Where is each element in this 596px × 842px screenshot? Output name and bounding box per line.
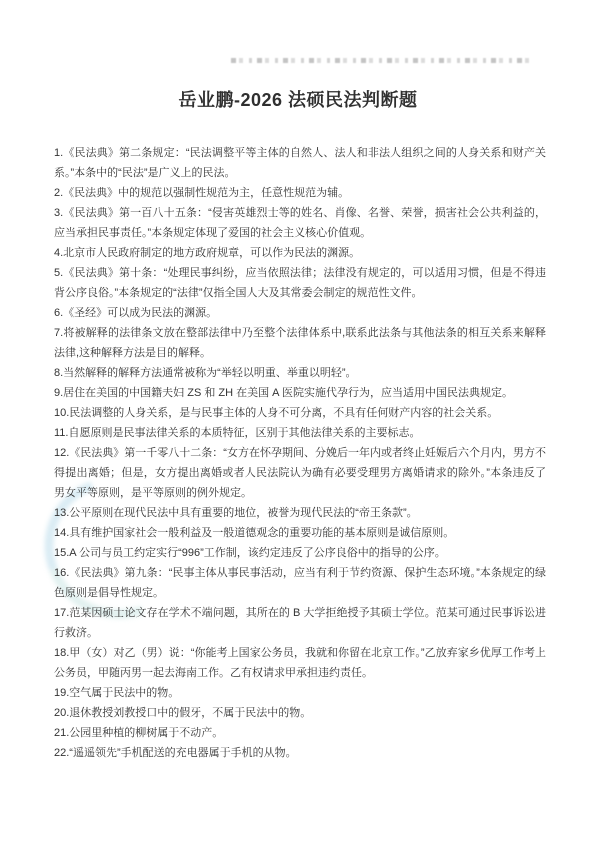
question-item: 9.居住在美国的中国籍夫妇 ZS 和 ZH 在美国 A 医院实施代孕行为，应当适… — [54, 383, 546, 403]
question-item: 21.公园里种植的柳树属于不动产。 — [54, 723, 546, 743]
question-item: 4.北京市人民政府制定的地方政府规章，可以作为民法的渊源。 — [54, 243, 546, 263]
clipped-header-text-artifact — [231, 58, 534, 63]
question-item: 12.《民法典》第一千零八十二条：“女方在怀孕期间、分娩后一年内或者终止妊娠后六… — [54, 443, 546, 503]
question-item: 20.退休教授刘教授口中的假牙，不属于民法中的物。 — [54, 703, 546, 723]
question-item: 18.甲（女）对乙（男）说：“你能考上国家公务员，我就和你留在北京工作。”乙放弃… — [54, 643, 546, 683]
question-list: 1.《民法典》第二条规定：“民法调整平等主体的自然人、法人和非法人组织之间的人身… — [54, 143, 546, 763]
question-item: 16.《民法典》第九条：“民事主体从事民事活动，应当有利于节约资源、保护生态环境… — [54, 563, 546, 603]
question-item: 11.自愿原则是民事法律关系的本质特征，区别于其他法律关系的主要标志。 — [54, 423, 546, 443]
question-item: 10.民法调整的人身关系，是与民事主体的人身不可分离，不具有任何财产内容的社会关… — [54, 403, 546, 423]
question-item: 7.将被解释的法律条文放在整部法律中乃至整个法律体系中,联系此法条与其他法条的相… — [54, 323, 546, 363]
question-item: 22.“遥遥领先”手机配送的充电器属于手机的从物。 — [54, 743, 546, 763]
question-item: 14.具有维护国家社会一般利益及一般道德观念的重要功能的基本原则是诚信原则。 — [54, 523, 546, 543]
question-item: 2.《民法典》中的规范以强制性规范为主，任意性规范为辅。 — [54, 183, 546, 203]
question-item: 15.A 公司与员工约定实行“996”工作制，该约定违反了公序良俗中的指导的公序… — [54, 543, 546, 563]
question-item: 19.空气属于民法中的物。 — [54, 683, 546, 703]
question-item: 3.《民法典》第一百八十五条：“侵害英雄烈士等的姓名、肖像、名誉、荣誉，损害社会… — [54, 203, 546, 243]
question-item: 13.公平原则在现代民法中具有重要的地位，被誉为现代民法的“帝王条款”。 — [54, 503, 546, 523]
question-item: 17.范某因硕士论文存在学术不端问题，其所在的 B 大学拒绝授予其硕士学位。范某… — [54, 603, 546, 643]
page-title: 岳业鹏-2026 法硕民法判断题 — [0, 88, 596, 112]
document-page: 岳业鹏-2026 法硕民法判断题 1.《民法典》第二条规定：“民法调整平等主体的… — [0, 0, 596, 842]
question-item: 5.《民法典》第十条：“处理民事纠纷，应当依照法律；法律没有规定的，可以适用习惯… — [54, 263, 546, 303]
question-item: 6.《圣经》可以成为民法的渊源。 — [54, 303, 546, 323]
question-item: 8.当然解释的解释方法通常被称为“举轻以明重、举重以明轻”。 — [54, 363, 546, 383]
question-item: 1.《民法典》第二条规定：“民法调整平等主体的自然人、法人和非法人组织之间的人身… — [54, 143, 546, 183]
